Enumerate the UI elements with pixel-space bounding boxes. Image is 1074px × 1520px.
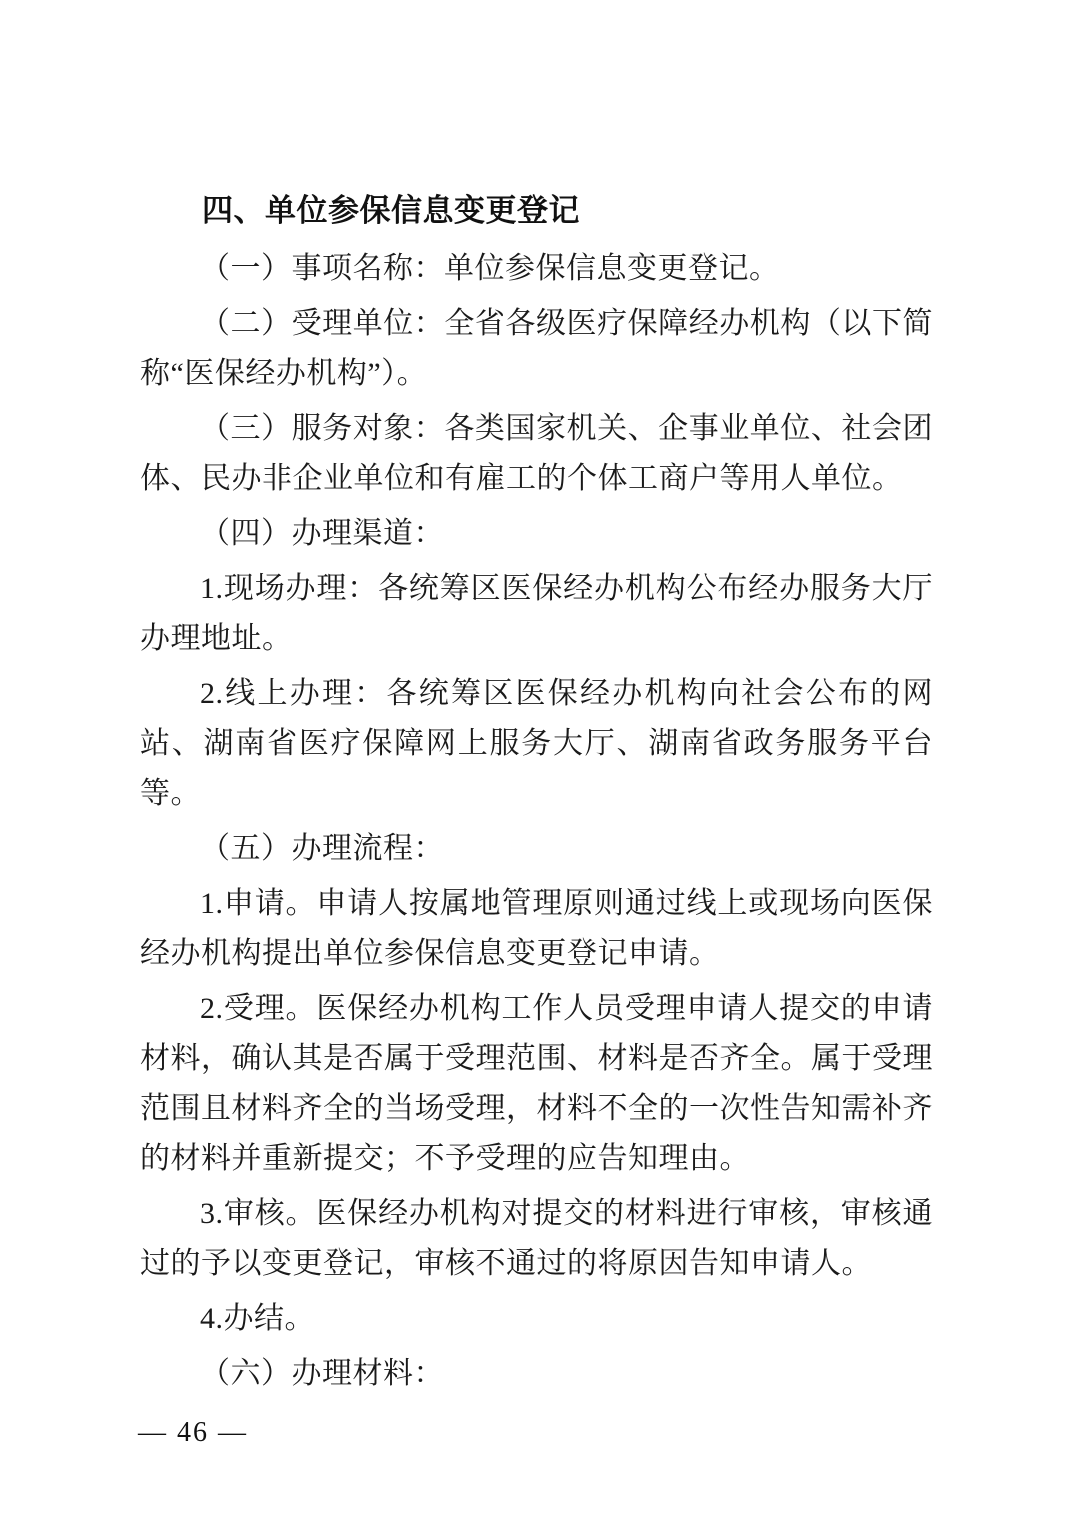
paragraph-materials-label: （六）办理材料：	[140, 1349, 933, 1399]
paragraph-service-target: （三）服务对象：各类国家机关、企事业单位、社会团体、民办非企业单位和有雇工的个体…	[140, 404, 933, 504]
page-number: — 46 —	[138, 1416, 248, 1450]
paragraph-process-label: （五）办理流程：	[140, 824, 933, 874]
paragraph-step-review: 3.审核。医保经办机构对提交的材料进行审核，审核通过的予以变更登记，审核不通过的…	[140, 1189, 933, 1289]
paragraph-step-apply: 1.申请。申请人按属地管理原则通过线上或现场向医保经办机构提出单位参保信息变更登…	[140, 879, 933, 979]
document-body: 四、单位参保信息变更登记 （一）事项名称：单位参保信息变更登记。 （二）受理单位…	[140, 186, 933, 1404]
section-heading: 四、单位参保信息变更登记	[140, 186, 933, 236]
paragraph-channel-online: 2.线上办理：各统筹区医保经办机构向社会公布的网站、湖南省医疗保障网上服务大厅、…	[140, 669, 933, 819]
paragraph-accepting-unit: （二）受理单位：全省各级医疗保障经办机构（以下简称“医保经办机构”）。	[140, 299, 933, 399]
paragraph-channels-label: （四）办理渠道：	[140, 509, 933, 559]
document-page: { "document": { "heading": "四、单位参保信息变更登记…	[0, 0, 1074, 1520]
paragraph-step-complete: 4.办结。	[140, 1294, 933, 1344]
paragraph-step-accept: 2.受理。医保经办机构工作人员受理申请人提交的申请材料，确认其是否属于受理范围、…	[140, 984, 933, 1184]
paragraph-item-name: （一）事项名称：单位参保信息变更登记。	[140, 244, 933, 294]
paragraph-channel-onsite: 1.现场办理：各统筹区医保经办机构公布经办服务大厅办理地址。	[140, 564, 933, 664]
